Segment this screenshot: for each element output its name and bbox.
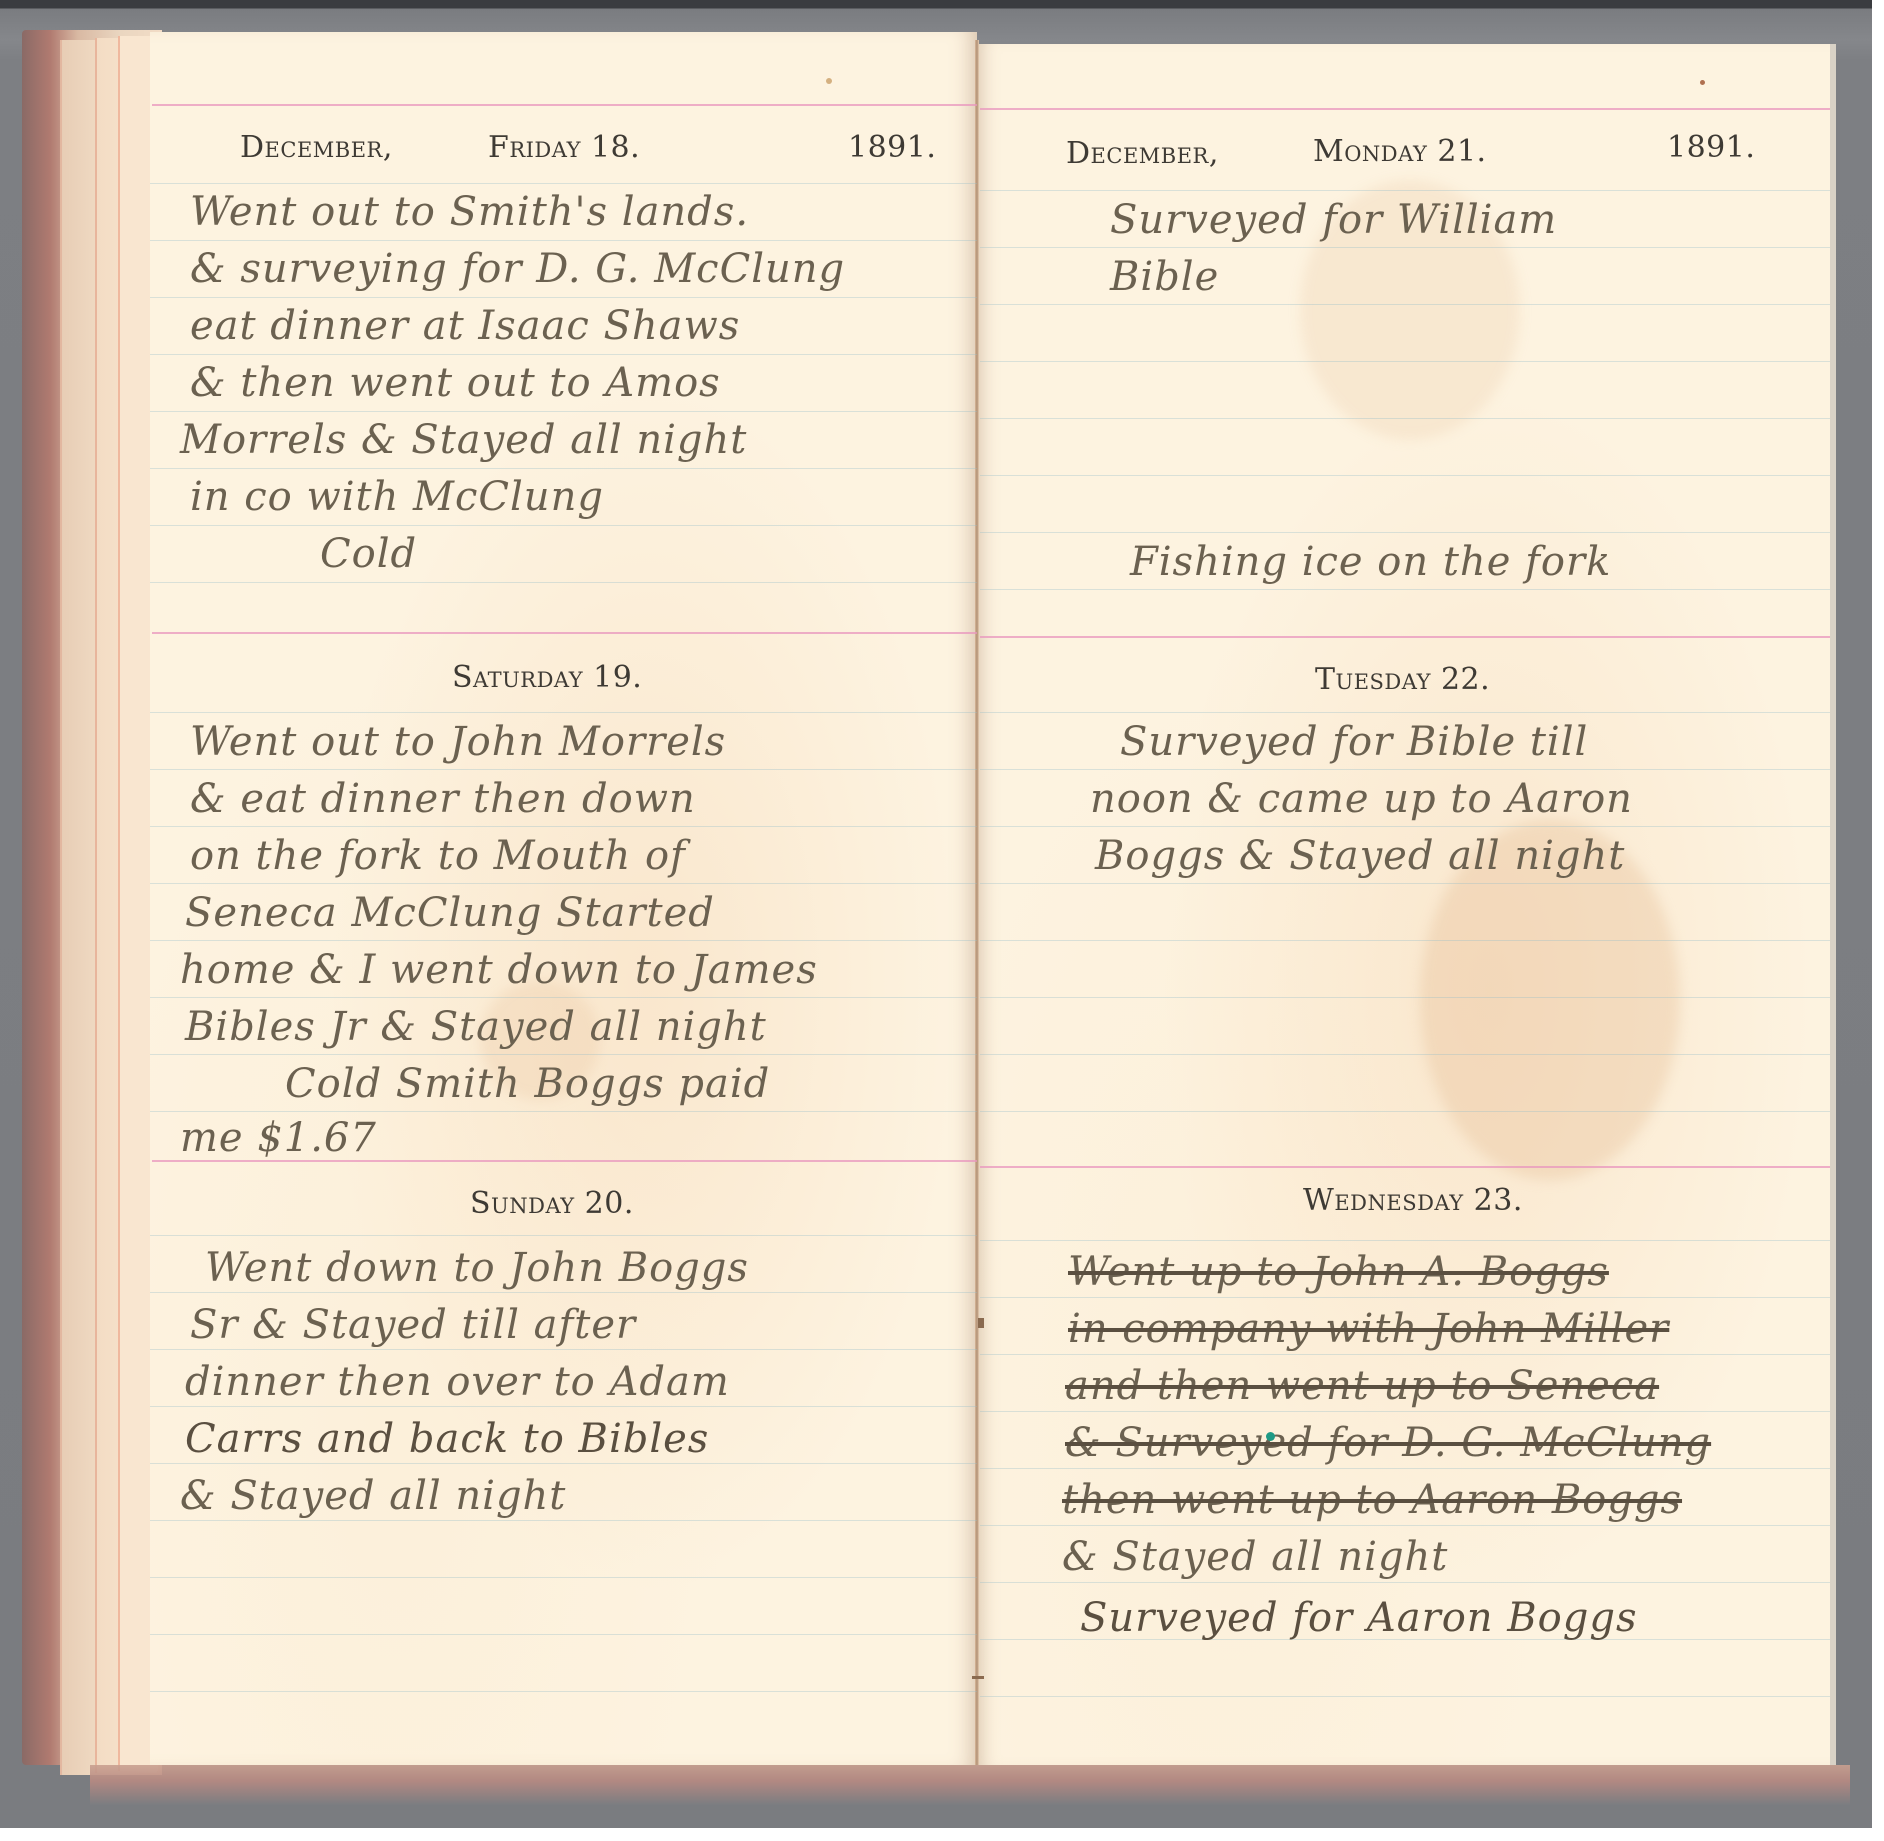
entry-line: & Stayed all night [180, 1468, 566, 1525]
day-label-saturday: Saturday 19. [452, 660, 642, 695]
entry-line-crossed: Went up to John A. Boggs [1068, 1244, 1609, 1301]
entry-line-crossed: and then went up to Seneca [1065, 1358, 1659, 1415]
entry-line: on the fork to Mouth of [190, 828, 686, 885]
entry-line: Carrs and back to Bibles [185, 1411, 709, 1468]
pink-rule-top-right [980, 108, 1830, 110]
header-day-friday: Friday 18. [488, 130, 640, 165]
binding-thread-mark [978, 1318, 984, 1328]
entry-line-note: Fishing ice on the fork [1130, 534, 1611, 591]
header-month-right: December, [1066, 136, 1219, 171]
pink-rule-top-left [152, 104, 977, 106]
entry-line: Bible [1110, 249, 1219, 306]
entry-line: Bibles Jr & Stayed all night [185, 999, 767, 1056]
entry-line: & surveying for D. G. McClung [190, 241, 845, 298]
day-label-tuesday: Tuesday 22. [1315, 662, 1490, 697]
green-ink-spot [1266, 1432, 1275, 1441]
entry-line: Went out to John Morrels [190, 714, 726, 771]
entry-line: eat dinner at Isaac Shaws [190, 298, 740, 355]
pink-rule-section-right [980, 1166, 1830, 1168]
book-gutter [975, 40, 979, 1765]
day-label-sunday: Sunday 20. [470, 1186, 634, 1221]
entry-line: home & I went down to James [180, 942, 818, 999]
entry-line-payment: me $1.67 [180, 1110, 377, 1167]
entry-line-crossed: & Surveyed for D. G. McClung [1065, 1415, 1711, 1472]
entry-line: & eat dinner then down [190, 771, 696, 828]
entry-line-weather: Cold [320, 526, 417, 583]
pink-rule-section-left [152, 632, 977, 634]
paper-speck [826, 78, 832, 84]
entry-line: Boggs & Stayed all night [1095, 828, 1625, 885]
entry-line-correction: Surveyed for Aaron Boggs [1080, 1590, 1638, 1647]
header-day-monday: Monday 21. [1313, 134, 1487, 169]
entry-line: dinner then over to Adam [185, 1354, 730, 1411]
entry-line: Sr & Stayed till after [190, 1297, 636, 1354]
entry-line: Morrels & Stayed all night [180, 412, 747, 469]
book-cover-bottom-edge [90, 1765, 1850, 1805]
entry-line: & Stayed all night [1062, 1529, 1448, 1586]
entry-line: Cold Smith Boggs paid [285, 1056, 770, 1113]
entry-line: Seneca McClung Started [185, 885, 715, 942]
entry-line: Surveyed for William [1110, 192, 1557, 249]
entry-line: noon & came up to Aaron [1090, 771, 1633, 828]
header-month-left: December, [240, 130, 393, 165]
entry-line: in co with McClung [190, 469, 604, 526]
paper-speck [1700, 80, 1705, 85]
header-year-left: 1891. [848, 130, 936, 165]
header-year-right: 1891. [1667, 130, 1755, 165]
entry-line: Surveyed for Bible till [1120, 714, 1588, 771]
day-label-wednesday: Wednesday 23. [1303, 1183, 1523, 1218]
entry-line-crossed: then went up to Aaron Boggs [1062, 1472, 1682, 1529]
pink-rule-section-right [980, 636, 1830, 638]
entry-line: Went down to John Boggs [205, 1240, 749, 1297]
entry-line-crossed: in company with John Miller [1068, 1301, 1669, 1358]
entry-line: & then went out to Amos [190, 355, 721, 412]
binding-thread-mark [972, 1676, 984, 1679]
entry-line: Went out to Smith's lands. [190, 184, 749, 241]
